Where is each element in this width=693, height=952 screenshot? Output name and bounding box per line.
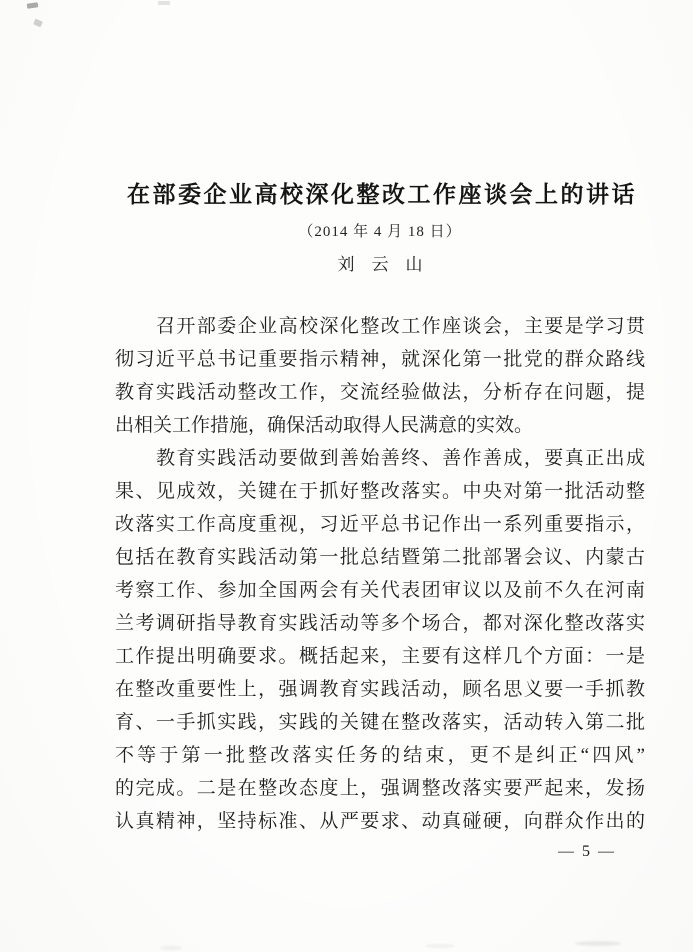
body-line: 考察工作、参加全国两会有关代表团审议以及前不久在河南: [115, 574, 645, 607]
document-date: （2014 年 4 月 18 日）: [115, 220, 645, 241]
body-line: 包括在教育实践活动第一批总结暨第二批部署会议、内蒙古: [115, 541, 645, 574]
body-line: 果、见成效，关键在于抓好整改落实。中央对第一批活动整: [115, 475, 645, 508]
scanned-document-page: 在部委企业高校深化整改工作座谈会上的讲话 （2014 年 4 月 18 日） 刘…: [0, 0, 693, 952]
paragraph-2: 教育实践活动要做到善始善终、善作善成，要真正出成果、见成效，关键在于抓好整改落实…: [115, 442, 645, 838]
body-line: 改落实工作高度重视，习近平总书记作出一系列重要指示，: [115, 508, 645, 541]
body-line: 在整改重要性上，强调教育实践活动，顾名思义要一手抓教: [115, 673, 645, 706]
page-number: — 5 —: [558, 843, 616, 861]
body-line: 的完成。二是在整改态度上，强调整改落实要严起来，发扬: [115, 772, 645, 805]
paragraph-1: 召开部委企业高校深化整改工作座谈会，主要是学习贯彻习近平总书记重要指示精神，就深…: [115, 310, 645, 442]
body-line: 教育实践活动整改工作，交流经验做法，分析存在问题，提: [115, 376, 645, 409]
body-line: 出相关工作措施，确保活动取得人民满意的实效。: [115, 409, 645, 442]
body-line: 认真精神，坚持标准、从严要求、动真碰硬，向群众作出的: [115, 805, 645, 838]
body-line: 工作提出明确要求。概括起来，主要有这样几个方面：一是: [115, 640, 645, 673]
document-title: 在部委企业高校深化整改工作座谈会上的讲话: [109, 176, 655, 209]
body-line: 兰考调研指导教育实践活动等多个场合，都对深化整改落实: [115, 607, 645, 640]
text-block: 在部委企业高校深化整改工作座谈会上的讲话 （2014 年 4 月 18 日） 刘…: [115, 0, 645, 952]
body-line: 不等于第一批整改落实任务的结束，更不是纠正“四风”: [115, 739, 645, 772]
body-line: 育、一手抓实践，实践的关键在整改落实，活动转入第二批: [115, 706, 645, 739]
body-line: 教育实践活动要做到善始善终、善作善成，要真正出成: [115, 442, 645, 475]
document-body: 召开部委企业高校深化整改工作座谈会，主要是学习贯彻习近平总书记重要指示精神，就深…: [115, 310, 645, 838]
body-line: 召开部委企业高校深化整改工作座谈会，主要是学习贯: [115, 310, 645, 343]
scan-speck: [27, 2, 39, 8]
document-author: 刘 云 山: [115, 250, 645, 275]
scan-speck: [33, 19, 43, 28]
body-line: 彻习近平总书记重要指示精神，就深化第一批党的群众路线: [115, 343, 645, 376]
